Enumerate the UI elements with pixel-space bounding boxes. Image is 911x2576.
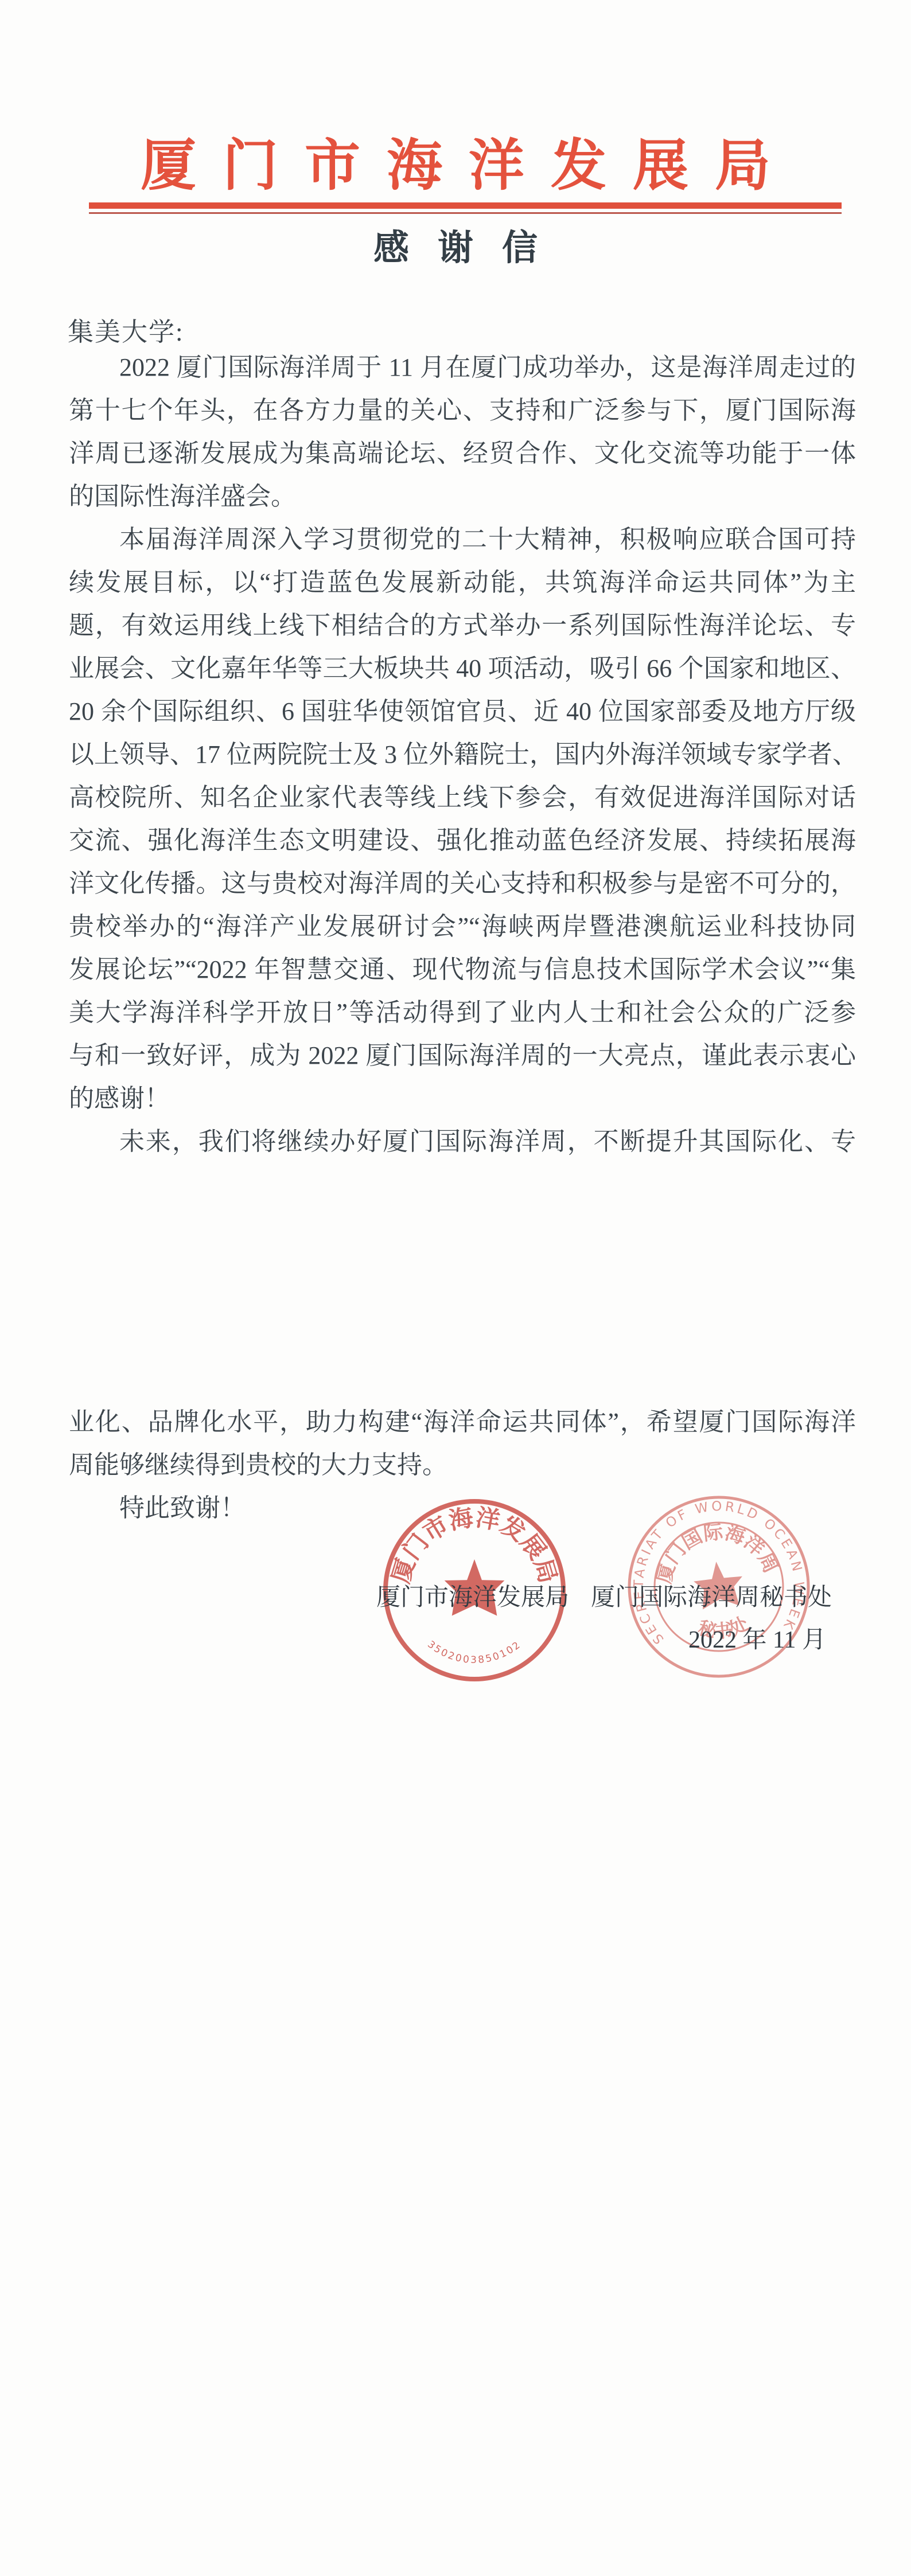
svg-text:3502003850102: 3502003850102 <box>425 1639 523 1666</box>
body-line: 业展会、文化嘉年华等三大板块共 40 项活动，吸引 66 个国家和地区、 <box>69 647 856 690</box>
body-line: 高校院所、知名企业家代表等线上线下参会，有效促进海洋国际对话 <box>69 776 856 819</box>
seal-code: 3502003850102 <box>425 1639 523 1666</box>
body-line: 洋文化传播。这与贵校对海洋周的关心支持和积极参与是密不可分的， <box>69 862 856 905</box>
body-line: 以上领导、17 位两院院士及 3 位外籍院士，国内外海洋领域专家学者、 <box>69 733 856 776</box>
body-line: 周能够继续得到贵校的大力支持。 <box>69 1443 856 1486</box>
letter-title-text: 感谢信 <box>373 219 566 270</box>
body-line: 的感谢！ <box>69 1077 856 1120</box>
body-line: 贵校举办的“海洋产业发展研讨会”“海峡两岸暨港澳航运业科技协同 <box>69 905 856 948</box>
body-line: 的国际性海洋盛会。 <box>69 475 856 518</box>
body-line: 未来，我们将继续办好厦门国际海洋周，不断提升其国际化、专 <box>69 1120 856 1163</box>
body-line: 20 余个国际组织、6 国驻华使领馆官员、近 40 位国家部委及地方厅级 <box>69 690 856 733</box>
body-line: 本届海洋周深入学习贯彻党的二十大精神，积极响应联合国可持 <box>69 518 856 561</box>
body-line: 题，有效运用线上线下相结合的方式举办一系列国际性海洋论坛、专 <box>69 604 856 647</box>
body-line: 美大学海洋科学开放日”等活动得到了业内人士和社会公众的广泛参 <box>69 991 856 1034</box>
body-line: 发展论坛”“2022 年智慧交通、现代物流与信息技术国际学术会议”“集 <box>69 948 856 991</box>
body-line: 洋周已逐渐发展成为集高端论坛、经贸合作、文化交流等功能于一体 <box>69 432 856 475</box>
letter-title: 感谢信 <box>0 219 911 270</box>
body-text-page1: 2022 厦门国际海洋周于 11 月在厦门成功举办，这是海洋周走过的第十七个年头… <box>69 346 856 1163</box>
body-line: 第十七个年头，在各方力量的关心、支持和广泛参与下，厦门国际海 <box>69 389 856 432</box>
body-line: 续发展目标，以“打造蓝色发展新动能，共筑海洋命运共同体”为主 <box>69 561 856 604</box>
body-line: 业化、品牌化水平，助力构建“海洋命运共同体”，希望厦门国际海洋 <box>69 1400 856 1443</box>
signature-org1: 厦门市海洋发展局 <box>376 1584 569 1611</box>
signature-org2: 厦门国际海洋周秘书处 <box>591 1584 832 1611</box>
scanned-letter-page: 厦门市海洋发展局 感谢信 集美大学: 2022 厦门国际海洋周于 11 月在厦门… <box>0 0 911 2576</box>
salutation: 集美大学: <box>68 311 184 348</box>
header-rule-thick <box>89 202 842 209</box>
date-line: 2022 年 11 月 <box>688 1621 826 1655</box>
agency-header-text: 厦门市海洋发展局 <box>141 120 797 201</box>
body-line: 与和一致好评，成为 2022 厦门国际海洋周的一大亮点，谨此表示衷心 <box>69 1034 856 1077</box>
header-rule-thin <box>89 212 842 214</box>
body-line: 2022 厦门国际海洋周于 11 月在厦门成功举办，这是海洋周走过的 <box>69 346 856 389</box>
header-rule <box>89 202 842 214</box>
body-line: 交流、强化海洋生态文明建设、强化推动蓝色经济发展、持续拓展海 <box>69 819 856 862</box>
agency-header-title: 厦门市海洋发展局 <box>0 120 911 201</box>
signature-line: 厦门市海洋发展局厦门国际海洋周秘书处 <box>376 1578 832 1613</box>
